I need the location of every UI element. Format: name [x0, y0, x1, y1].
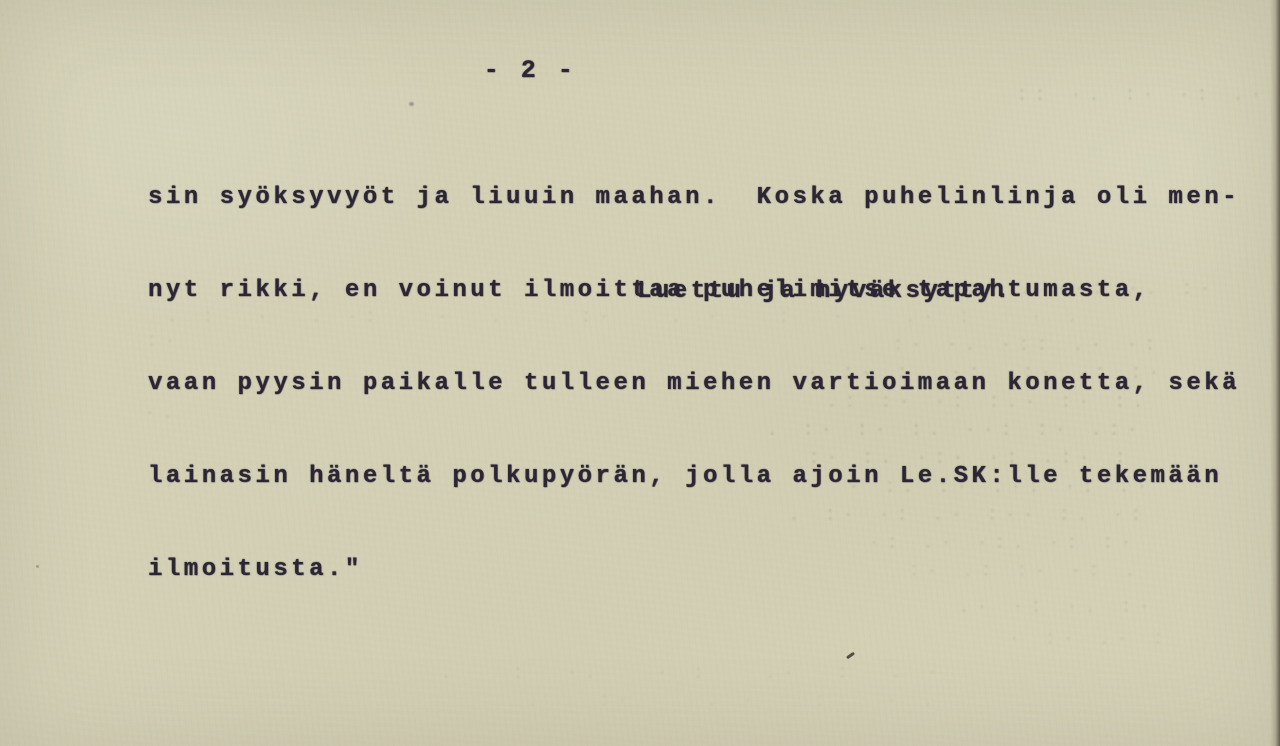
body-paragraph: sin syöksyvyöt ja liuuin maahan. Koska p…: [148, 120, 1240, 647]
paragraph-line: sin syöksyvyöt ja liuuin maahan. Koska p…: [148, 182, 1240, 213]
ink-speck: [36, 565, 39, 568]
page-right-edge-shadow: [1270, 0, 1280, 746]
scanned-document-page: : ·. :· ·: .· ::·: .· :·· . ·: ·.. · : ·…: [0, 0, 1280, 746]
bleedthrough-row: : ·. :· ·: .· ::: [1010, 84, 1280, 107]
ink-speck: [846, 652, 855, 660]
paragraph-line: ilmoitusta.": [148, 554, 1240, 585]
paragraph-line: vaan pyysin paikalle tulleen miehen vart…: [148, 368, 1240, 399]
closing-statement: Luettu ja hyväksytty.: [637, 278, 1013, 305]
page-number: - 2 -: [410, 56, 650, 85]
bleedthrough-row: · . : ·. : · .· : .: [434, 662, 938, 685]
bleedthrough-row: . · : · . ·: .: [520, 690, 934, 713]
paragraph-line: lainasin häneltä polkupyörän, jolla ajoi…: [148, 461, 1240, 492]
ink-speck: [409, 102, 414, 106]
